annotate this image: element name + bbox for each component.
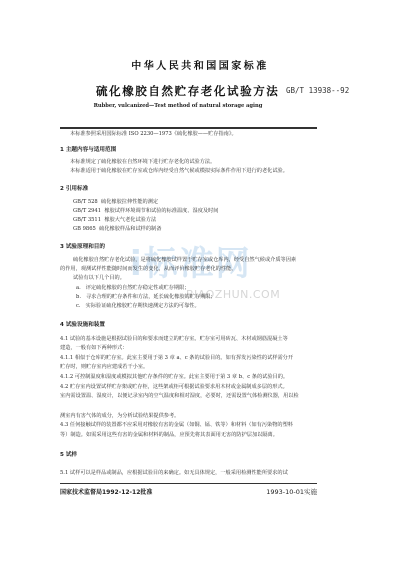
footer-rule [60,483,317,484]
reference-item: GB/T 2941 橡胶试样环境调节和试验的标准温度、湿度及时间 [73,208,218,215]
paragraph-line: 室内需设置温、湿度计，以便记录室内的空气温度和相对湿度，必要时，还需设置气体检测… [60,393,299,400]
paragraph-line: 贮存时，则贮存室内应建成若干小室。 [60,364,148,371]
reference-code: GB/T 528 [73,199,98,205]
paragraph-line: 4.1.2 可控制温度和湿度或模拟其他贮存条件的贮存室。此室主要用于第 3 章 … [60,374,288,381]
standard-number: GB/T 13938--92 [286,86,349,95]
reference-code: GB/T 2941 [73,208,101,214]
english-title: Rubber, vulcanized—Test method of natura… [0,103,356,109]
paragraph-line: 测室内有害气体的成分，为分析试验结果提供参考。 [60,413,179,420]
preface-text: 本标准参照采用国际标准 ISO 2230—1973《硫化橡胶——贮存指南》。 [70,131,237,138]
list-item: b. 寻求合理的贮存条件和方法，延长硫化橡胶的贮存期限； [76,294,216,301]
reference-code: GB/T 3511 [73,217,101,223]
reference-item: GB/T 528 硫化橡胶拉伸性能的测定 [73,199,158,206]
paragraph-line: 4.2 贮存室内设置试样贮存架或贮存柜，这些架或柜可根据试验要求用木材或金属制成… [60,384,288,391]
reference-item: GB/T 3511 橡胶大气老化试验方法 [73,217,156,224]
paragraph-line: 等）制造。如需采用这些有害的金属和材料的制品，应预先将其表面用无害的防护层加以隔… [60,432,278,439]
section-heading-3: 3 试验原理和目的 [60,242,105,250]
paragraph-line: 4.3 任何接触试样的装置都不应采用对橡胶有害的金属（如铜、锰、铁等）和材料（如… [60,422,293,429]
list-text: 实际验证硫化橡胶贮存期快速测定方法的可靠性。 [86,303,200,309]
section-heading-4: 4 试验设施和装置 [60,320,105,328]
list-item: c. 实际验证硫化橡胶贮存期快速测定方法的可靠性。 [76,303,200,310]
list-marker: a. [76,285,81,291]
national-standard-label: 中华人民共和国国家标准 [0,57,400,72]
list-text: 评定硫化橡胶的自然贮存稳定性或贮存期限； [86,285,190,291]
list-marker: c. [76,303,81,309]
list-text: 寻求合理的贮存条件和方法，延长硫化橡胶的贮存期限； [86,294,216,300]
reference-item: GB 9865 硫化橡胶样品和试样的制备 [73,226,161,233]
paragraph-line: 本标准适用于硫化橡胶在贮存室或仓库内经受自然气候或模拟实际条件作用下进行的老化试… [70,168,288,175]
approval-date: 国家技术监督局1992-12-12批准 [60,487,152,496]
reference-code: GB 9865 [73,226,96,232]
effective-date: 1993-10-01实施 [260,487,317,496]
reference-title: 硫化橡胶拉伸性能的测定 [101,199,158,205]
section-heading-1: 1 主题内容与适用范围 [60,145,116,153]
paragraph-line: 硫化橡胶自然贮存老化试验，是将硫化橡胶试样置于贮存室或仓库内，经受自然气候或介质… [73,257,296,264]
paragraph-line: 4.1.1 相似于仓库的贮存室。此室主要用于第 3 章 a、c 条的试验目的。如… [60,355,293,362]
reference-title: 橡胶试样环境调节和试验的标准温度、湿度及时间 [104,208,218,214]
paragraph-line: 4.1 试验的基本设施是根据试验目的和要求而建立的贮存室。贮存室可用砖瓦、木材或… [60,336,288,343]
reference-title: 橡胶大气老化试验方法 [104,217,156,223]
paragraph-line: 本标准规定了硫化橡胶在自然环境下进行贮存老化的试验方法。 [70,159,215,166]
paragraph-line: 5.1 试样可以是样品或制品，应根据试验目的来确定。如无具体规定，一般采用检测性… [60,470,288,477]
list-marker: b. [76,294,81,300]
document-title: 硫化橡胶自然贮存老化试验方法 [96,83,279,99]
section-heading-5: 5 试样 [60,450,77,458]
paragraph-line: 的作用，观测试样性能随时间而发生的变化，从而评价橡胶贮存老化的性能。 [60,266,236,273]
reference-title: 硫化橡胶样品和试样的制备 [99,226,161,232]
paragraph-line: 试验有以下几个目的。 [73,275,125,282]
list-item: a. 评定硫化橡胶的自然贮存稳定性或贮存期限； [76,285,189,292]
header-rule [60,127,317,129]
section-heading-2: 2 引用标准 [60,184,88,192]
paragraph-line: 建造，一般有如下两种形式： [60,345,127,352]
